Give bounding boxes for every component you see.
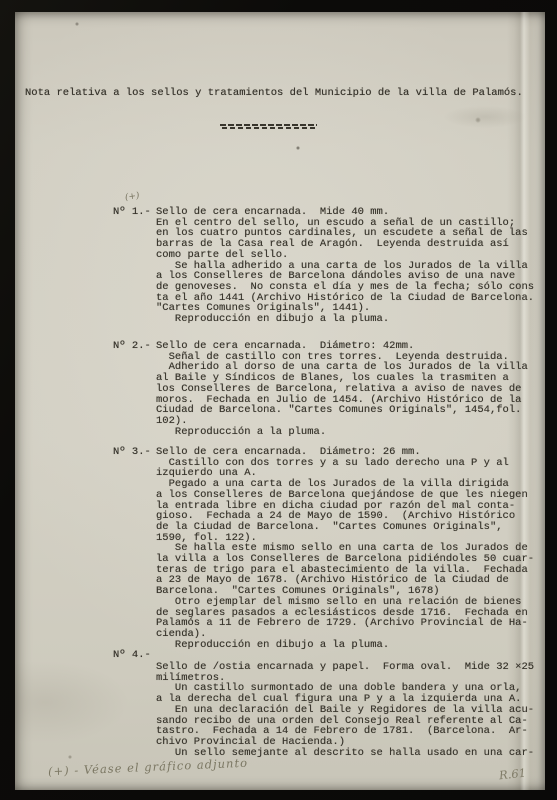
typed-text-line: a los Conselleres de Barcelona quejándos… [156, 490, 539, 501]
typed-text-line: Ciudad de Barcelona. "Cartes Comunes Ori… [156, 405, 539, 416]
photo-background: Nota relativa a los sellos y tratamiento… [0, 0, 557, 800]
entry-number: Nº 4.- [113, 650, 151, 661]
typed-text-line: Otro ejemplar del mismo sello en una rel… [156, 597, 539, 608]
typed-text-line: los Conselleres de Barcelona, relativa a… [156, 384, 539, 395]
entry-text: Sello de /ostia encarnada y papel. Forma… [156, 650, 539, 758]
typed-text-line: Reproducción en dibujo a la pluma. [156, 314, 539, 325]
typed-text-line: En una declaración del Baile y Regidores… [156, 705, 539, 716]
seal-entry-4: Nº 4.- Sello de /ostia encarnada y papel… [113, 650, 539, 758]
entry-text: Sello de cera encarnada. Mide 40 mm.En e… [156, 207, 539, 325]
entry-number: Nº 3.- [113, 447, 151, 458]
entry-text: Sello de cera encarnada. Diámetro: 42mm.… [156, 341, 539, 437]
typed-text-line: Reproducción a la pluma. [156, 427, 539, 438]
typed-text-line: Reproducción en dibujo a la pluma. [156, 640, 539, 651]
entry-number: Nº 2.- [113, 341, 151, 352]
typed-text-line: Palamós a 11 de Febrero de 1729. (Archiv… [156, 618, 539, 629]
entry-text: Sello de cera encarnada. Diámetro: 26 mm… [156, 447, 539, 650]
document-page: Nota relativa a los sellos y tratamiento… [15, 12, 545, 790]
seal-entries: Nº 1.- Sello de cera encarnada. Mide 40 … [15, 12, 545, 790]
handwritten-reference-number: R.61 [498, 766, 526, 783]
seal-entry-1: Nº 1.- Sello de cera encarnada. Mide 40 … [113, 207, 539, 325]
entry-number: Nº 1.- [113, 207, 151, 218]
typed-text-line: como parte del sello. [156, 250, 539, 261]
seal-entry-3: Nº 3.- Sello de cera encarnada. Diámetro… [113, 447, 539, 650]
seal-entry-2: Nº 2.- Sello de cera encarnada. Diámetro… [113, 341, 539, 437]
